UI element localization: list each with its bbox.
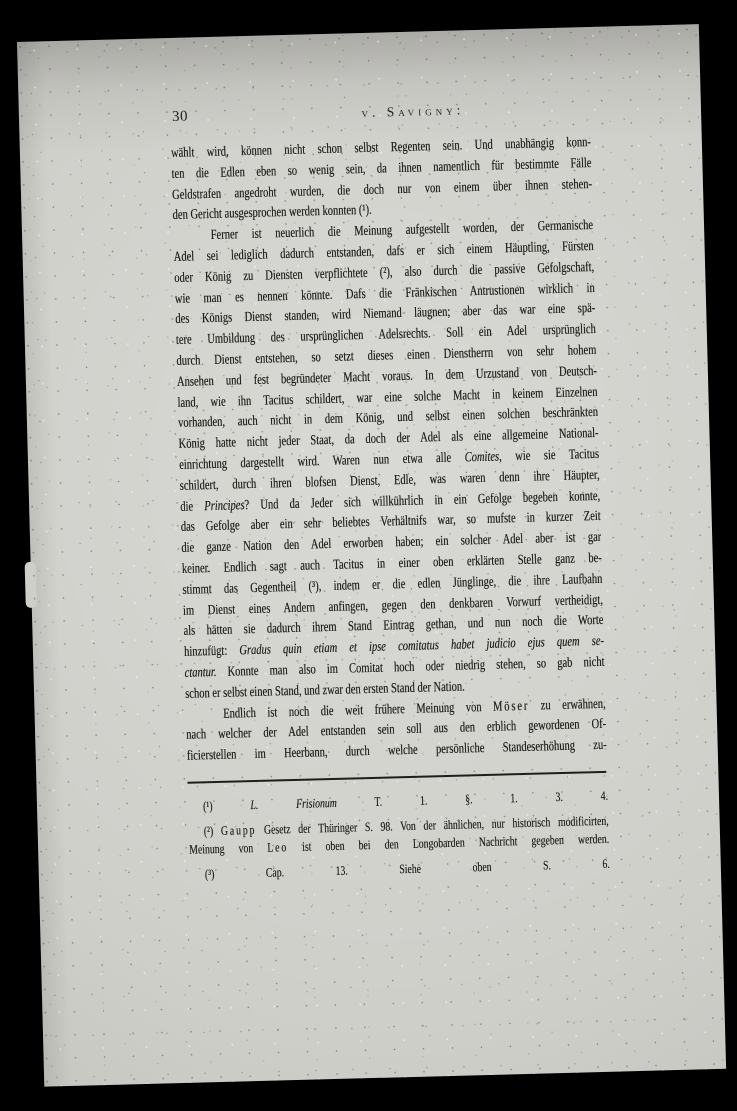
running-header: v. Savigny: <box>170 97 590 126</box>
text-span: Meinung von <box>189 840 267 857</box>
text-span: (²) <box>204 823 222 838</box>
text-span: zu erwähnen, <box>529 696 606 713</box>
text-span: Leo <box>267 839 288 855</box>
footnote-item: (²) Gaupp Gesetz der Thüringer S. 98. Vo… <box>188 811 609 859</box>
scan-background: 30 v. Savigny: wählt wird, können nicht … <box>0 0 737 1111</box>
text-span: Gaupp <box>221 822 257 838</box>
text-span: ctantur. <box>184 665 216 681</box>
text-span: Principes <box>204 498 245 514</box>
text-span: Comites <box>464 449 499 465</box>
footnotes: (¹) L. Frisionum T. 1. §. 1. 3. 4.(²) Ga… <box>188 787 610 884</box>
text-span: den Gericht ausgesprochen werden konnten… <box>172 203 371 223</box>
page-header-row: 30 v. Savigny: <box>170 97 590 130</box>
body-text: wählt wird, können nicht schon selbst Re… <box>171 133 607 768</box>
body-paragraph: Endlich ist noch die weit frühere Meinun… <box>185 694 606 767</box>
text-span: L. Frisionum <box>250 795 337 812</box>
text-span: hinzufügt: <box>184 644 240 660</box>
book-page: 30 v. Savigny: wählt wird, können nicht … <box>17 24 726 1086</box>
text-span: , wie sie Tacitus <box>499 447 599 465</box>
text-span: (³) Cap. 13. Siehe oben S. 6. <box>205 856 610 882</box>
footnote-item: (³) Cap. 13. Siehe oben S. 6. <box>190 855 610 885</box>
text-span: (¹) <box>203 797 251 813</box>
page-number: 30 <box>172 109 188 126</box>
page-edge-notch <box>25 562 37 608</box>
text-span: die <box>180 499 204 515</box>
text-span: T. 1. §. 1. 3. 4. <box>336 788 608 810</box>
text-line: (¹) L. Frisionum T. 1. §. 1. 3. 4. <box>188 787 608 817</box>
text-span: einrichtung dargestellt wird. Waren nun … <box>179 450 465 472</box>
footnote-separator-rule <box>187 771 606 784</box>
body-paragraph: wählt wird, können nicht schon selbst Re… <box>171 133 593 227</box>
footnote-item: (¹) L. Frisionum T. 1. §. 1. 3. 4. <box>188 787 608 817</box>
text-span: Möser <box>493 698 530 714</box>
body-paragraph: Ferner ist neuerlich die Meinung aufgest… <box>173 216 605 705</box>
text-line: (³) Cap. 13. Siehe oben S. 6. <box>190 855 610 885</box>
